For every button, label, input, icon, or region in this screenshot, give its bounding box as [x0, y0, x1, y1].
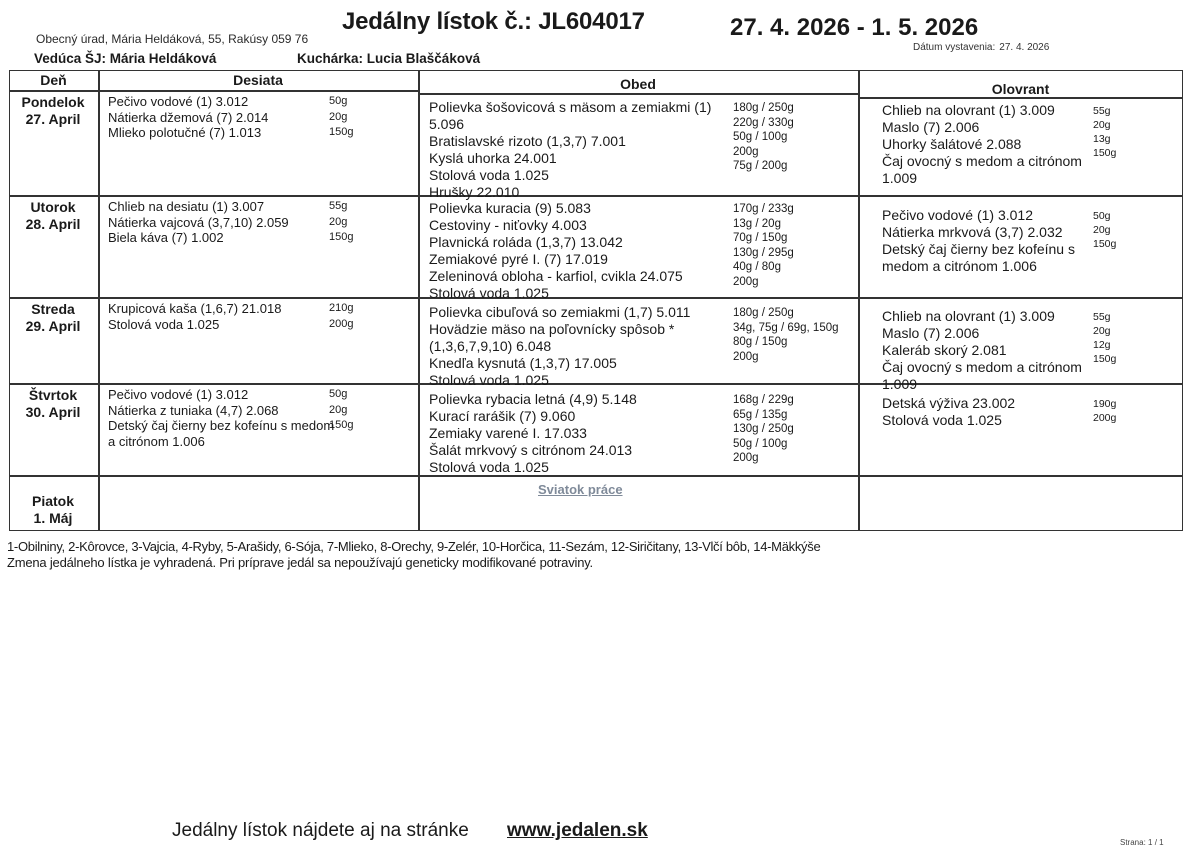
portion-weight: 200g: [733, 145, 794, 160]
portion-weight: 50g: [329, 94, 353, 110]
olovrant-weights: 190g200g: [1093, 397, 1116, 425]
portion-weight: 80g / 150g: [733, 335, 839, 350]
portion-weight: 65g / 135g: [733, 408, 794, 423]
olovrant-items: Chlieb na olovrant (1) 3.009Maslo (7) 2.…: [882, 102, 1082, 187]
column-header-desiata: Desiata: [98, 72, 418, 88]
portion-weight: 150g: [329, 418, 353, 434]
portion-weight: 170g / 233g: [733, 202, 794, 217]
day-cell: Utorok28. April: [9, 199, 97, 233]
menu-item: Plavnická roláda (1,3,7) 13.042: [429, 234, 683, 251]
portion-weight: 34g, 75g / 69g, 150g: [733, 321, 839, 336]
menu-item: Biela káva (7) 1.002: [108, 230, 289, 246]
menu-item: Stolová voda 1.025: [882, 412, 1015, 429]
menu-item: Zemiaky varené I. 17.033: [429, 425, 637, 442]
portion-weight: 20g: [329, 403, 353, 419]
menu-item: Polievka cibuľová so zemiakmi (1,7) 5.01…: [429, 304, 690, 321]
portion-weight: 20g: [1093, 223, 1116, 237]
menu-item: Maslo (7) 2.006: [882, 325, 1082, 342]
portion-weight: 20g: [329, 215, 353, 231]
obed-items: Polievka cibuľová so zemiakmi (1,7) 5.01…: [429, 304, 690, 389]
menu-item: Nátierka mrkvová (3,7) 2.032: [882, 224, 1075, 241]
menu-item: Kyslá uhorka 24.001: [429, 150, 711, 167]
menu-item: Polievka šošovicová s mäsom a zemiakmi (…: [429, 99, 711, 116]
holiday-label: Sviatok práce: [538, 482, 623, 497]
desiata-weights: 50g20g150g: [329, 94, 353, 141]
desiata-items: Pečivo vodové (1) 3.012Nátierka džemová …: [108, 94, 268, 141]
portion-weight: 150g: [1093, 237, 1116, 251]
column-header-olovrant: Olovrant: [858, 81, 1183, 97]
column-header-obed: Obed: [418, 76, 858, 92]
portion-weight: 190g: [1093, 397, 1116, 411]
obed-items: Polievka rybacia letná (4,9) 5.148Kurací…: [429, 391, 637, 476]
menu-item: Chlieb na desiatu (1) 3.007: [108, 199, 289, 215]
obed-weights: 180g / 250g220g / 330g50g / 100g200g75g …: [733, 101, 794, 174]
menu-item: Polievka kuracia (9) 5.083: [429, 200, 683, 217]
olovrant-weights: 55g20g12g150g: [1093, 310, 1116, 366]
menu-item: Hovädzie mäso na poľovnícky spôsob *: [429, 321, 690, 338]
menu-item: Nátierka vajcová (3,7,10) 2.059: [108, 215, 289, 231]
portion-weight: 200g: [1093, 411, 1116, 425]
issue-date-value: 27. 4. 2026: [999, 42, 1049, 53]
day-name: Utorok: [9, 199, 97, 216]
menu-item: Knedľa kysnutá (1,3,7) 17.005: [429, 355, 690, 372]
divider: [418, 93, 858, 95]
menu-item: Stolová voda 1.025: [429, 285, 683, 302]
obed-items: Polievka šošovicová s mäsom a zemiakmi (…: [429, 99, 711, 201]
day-name: Streda: [9, 301, 97, 318]
menu-item: Nátierka džemová (7) 2.014: [108, 110, 268, 126]
day-date: 30. April: [9, 404, 97, 421]
desiata-items: Pečivo vodové (1) 3.012Nátierka z tuniak…: [108, 387, 334, 449]
menu-item: Stolová voda 1.025: [429, 167, 711, 184]
day-cell: Piatok1. Máj: [9, 493, 97, 527]
menu-item: Krupicová kaša (1,6,7) 21.018: [108, 301, 281, 317]
menu-title: Jedálny lístok č.: JL604017: [342, 8, 645, 36]
portion-weight: 20g: [329, 110, 353, 126]
portion-weight: 20g: [1093, 324, 1116, 338]
portion-weight: 150g: [1093, 146, 1116, 160]
portion-weight: 130g / 295g: [733, 246, 794, 261]
olovrant-items: Pečivo vodové (1) 3.012Nátierka mrkvová …: [882, 207, 1075, 275]
desiata-weights: 210g200g: [329, 301, 353, 332]
divider: [418, 70, 420, 531]
portion-weight: 50g: [329, 387, 353, 403]
desiata-items: Chlieb na desiatu (1) 3.007Nátierka vajc…: [108, 199, 289, 246]
menu-item: Pečivo vodové (1) 3.012: [108, 387, 334, 403]
portion-weight: 70g / 150g: [733, 231, 794, 246]
portion-weight: 20g: [1093, 118, 1116, 132]
menu-item: Nátierka z tuniaka (4,7) 2.068: [108, 403, 334, 419]
portion-weight: 180g / 250g: [733, 306, 839, 321]
day-cell: Streda29. April: [9, 301, 97, 335]
olovrant-weights: 55g20g13g150g: [1093, 104, 1116, 160]
portion-weight: 13g / 20g: [733, 217, 794, 232]
menu-item: (1,3,6,7,9,10) 6.048: [429, 338, 690, 355]
issue-date: Dátum vystavenia:27. 4. 2026: [913, 42, 1049, 53]
portion-weight: 210g: [329, 301, 353, 317]
menu-item: a citrónom 1.006: [108, 434, 334, 450]
desiata-items: Krupicová kaša (1,6,7) 21.018Stolová vod…: [108, 301, 281, 332]
menu-item: Detský čaj čierny bez kofeínu s: [882, 241, 1075, 258]
day-cell: Pondelok27. April: [9, 94, 97, 128]
day-date: 29. April: [9, 318, 97, 335]
allergen-legend: 1-Obilniny, 2-Kôrovce, 3-Vajcia, 4-Ryby,…: [7, 539, 820, 554]
portion-weight: 50g / 100g: [733, 130, 794, 145]
menu-item: Maslo (7) 2.006: [882, 119, 1082, 136]
portion-weight: 220g / 330g: [733, 116, 794, 131]
menu-notice: Zmena jedálneho lístka je vyhradená. Pri…: [7, 555, 593, 570]
menu-item: Pečivo vodové (1) 3.012: [882, 207, 1075, 224]
obed-weights: 168g / 229g65g / 135g130g / 250g50g / 10…: [733, 393, 794, 466]
olovrant-items: Chlieb na olovrant (1) 3.009Maslo (7) 2.…: [882, 308, 1082, 393]
menu-item: Šalát mrkvový s citrónom 24.013: [429, 442, 637, 459]
menu-table: Deň Desiata Obed Olovrant Pondelok27. Ap…: [9, 70, 1183, 531]
page-number: Strana: 1 / 1: [1120, 838, 1164, 847]
menu-item: Kaleráb skorý 2.081: [882, 342, 1082, 359]
portion-weight: 55g: [329, 199, 353, 215]
issuer-address: Obecný úrad, Mária Heldáková, 55, Rakúsy…: [36, 32, 308, 46]
menu-item: Pečivo vodové (1) 3.012: [108, 94, 268, 110]
menu-item: Čaj ovocný s medom a citrónom: [882, 153, 1082, 170]
issue-date-label: Dátum vystavenia:: [913, 42, 995, 53]
obed-items: Polievka kuracia (9) 5.083Cestoviny - ni…: [429, 200, 683, 302]
obed-weights: 180g / 250g34g, 75g / 69g, 150g80g / 150…: [733, 306, 839, 364]
menu-item: Zemiakové pyré I. (7) 17.019: [429, 251, 683, 268]
menu-item: Chlieb na olovrant (1) 3.009: [882, 102, 1082, 119]
desiata-weights: 55g20g150g: [329, 199, 353, 246]
olovrant-items: Detská výživa 23.002Stolová voda 1.025: [882, 395, 1015, 429]
menu-item: Bratislavské rizoto (1,3,7) 7.001: [429, 133, 711, 150]
menu-item: 1.009: [882, 170, 1082, 187]
portion-weight: 150g: [329, 125, 353, 141]
menu-item: Mlieko polotučné (7) 1.013: [108, 125, 268, 141]
menu-item: 1.009: [882, 376, 1082, 393]
menu-item: Kurací rarášik (7) 9.060: [429, 408, 637, 425]
menu-item: Stolová voda 1.025: [429, 372, 690, 389]
day-name: Piatok: [9, 493, 97, 510]
day-name: Štvrtok: [9, 387, 97, 404]
footer-text: Jedálny lístok nájdete aj na stránke: [172, 820, 469, 842]
obed-weights: 170g / 233g13g / 20g70g / 150g130g / 295…: [733, 202, 794, 289]
divider: [9, 90, 418, 92]
column-header-day: Deň: [9, 72, 98, 88]
portion-weight: 55g: [1093, 310, 1116, 324]
menu-item: 5.096: [429, 116, 711, 133]
menu-item: Stolová voda 1.025: [108, 317, 281, 333]
portion-weight: 200g: [733, 275, 794, 290]
portion-weight: 50g: [1093, 209, 1116, 223]
menu-item: medom a citrónom 1.006: [882, 258, 1075, 275]
portion-weight: 200g: [733, 350, 839, 365]
portion-weight: 168g / 229g: [733, 393, 794, 408]
divider: [858, 97, 1183, 99]
website-link[interactable]: www.jedalen.sk: [507, 820, 648, 842]
day-cell: Štvrtok30. April: [9, 387, 97, 421]
portion-weight: 180g / 250g: [733, 101, 794, 116]
portion-weight: 130g / 250g: [733, 422, 794, 437]
portion-weight: 200g: [329, 317, 353, 333]
portion-weight: 75g / 200g: [733, 159, 794, 174]
portion-weight: 200g: [733, 451, 794, 466]
portion-weight: 150g: [1093, 352, 1116, 366]
divider: [98, 70, 100, 531]
date-range: 27. 4. 2026 - 1. 5. 2026: [730, 14, 978, 42]
menu-item: Uhorky šalátové 2.088: [882, 136, 1082, 153]
day-name: Pondelok: [9, 94, 97, 111]
day-date: 1. Máj: [9, 510, 97, 527]
olovrant-weights: 50g20g150g: [1093, 209, 1116, 251]
cook: Kuchárka: Lucia Blaščáková: [297, 51, 480, 66]
portion-weight: 50g / 100g: [733, 437, 794, 452]
portion-weight: 55g: [1093, 104, 1116, 118]
menu-item: Stolová voda 1.025: [429, 459, 637, 476]
portion-weight: 12g: [1093, 338, 1116, 352]
menu-item: Čaj ovocný s medom a citrónom: [882, 359, 1082, 376]
menu-item: Cestoviny - niťovky 4.003: [429, 217, 683, 234]
day-date: 28. April: [9, 216, 97, 233]
menu-item: Hrušky 22.010: [429, 184, 711, 201]
menu-item: Chlieb na olovrant (1) 3.009: [882, 308, 1082, 325]
portion-weight: 150g: [329, 230, 353, 246]
canteen-manager: Vedúca ŠJ: Mária Heldáková: [34, 51, 216, 66]
menu-item: Zeleninová obloha - karfiol, cvikla 24.0…: [429, 268, 683, 285]
desiata-weights: 50g20g150g: [329, 387, 353, 434]
divider: [858, 70, 860, 531]
portion-weight: 40g / 80g: [733, 260, 794, 275]
menu-item: Detský čaj čierny bez kofeínu s medom: [108, 418, 334, 434]
portion-weight: 13g: [1093, 132, 1116, 146]
menu-item: Detská výživa 23.002: [882, 395, 1015, 412]
day-date: 27. April: [9, 111, 97, 128]
menu-item: Polievka rybacia letná (4,9) 5.148: [429, 391, 637, 408]
